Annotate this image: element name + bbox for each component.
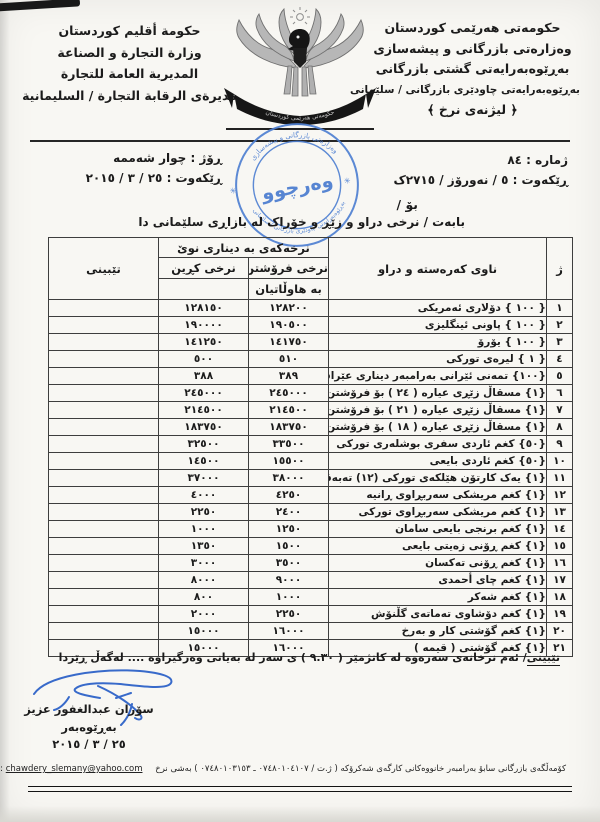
row-note xyxy=(49,504,159,521)
row-buy-price: ٣٧٠٠٠ xyxy=(159,470,249,487)
header-price-group: نرخەكەى بە دینارى نوێ xyxy=(159,238,329,258)
table-row: ١٦ {١} كغم ڕۆنى تەكسان ٣٥٠٠ ٣٠٠٠ xyxy=(49,555,573,572)
row-sell-price: ١٠٠٠ xyxy=(249,589,329,606)
row-sell-price: ٤٢٥٠ xyxy=(249,487,329,504)
header-line: ﴿ لیژنەى نرخ ﴾ xyxy=(365,100,580,121)
header-sell-price-sub: بە هاوڵاتیان xyxy=(249,279,329,300)
header-buy-price: نرخى كڕین xyxy=(159,258,249,279)
header-line: حكومەتى هەرێمى كوردستان xyxy=(365,18,580,39)
footnote: تێبینى/ ئەم نرخانەى سەرەوە لە كاتژمێر ( … xyxy=(35,651,560,664)
header-kurdish-block: حكومەتى هەرێمى كوردستان وەزارەتى بازرگان… xyxy=(365,18,580,121)
row-item-name: {١} كغم ڕۆنى زەیتى بايعى xyxy=(329,538,547,555)
to-label: بۆ / xyxy=(397,197,418,212)
row-serial: ١٣ xyxy=(547,504,573,521)
row-item-name: {١} یەک كارتۆن هێلكەى توركى (١٢) تەبەقى xyxy=(329,470,547,487)
row-note xyxy=(49,470,159,487)
table-row: ١١ {١} یەک كارتۆن هێلكەى توركى (١٢) تەبە… xyxy=(49,470,573,487)
header-line: حكومة أقليم كوردستان xyxy=(22,20,237,42)
row-serial: ٨ xyxy=(547,419,573,436)
table-row: ٢ { ١٠٠ } پاونى ئینگلیزى ١٩٠٥٠٠ ١٩٠٠٠٠ xyxy=(49,317,573,334)
doc-date-kurdish: ڕێکەوت : ٥ / نەورۆز / ٢٧١٥ک xyxy=(393,170,568,190)
row-sell-price: ٢٤٠٠ xyxy=(249,504,329,521)
row-serial: ١١ xyxy=(547,470,573,487)
row-note xyxy=(49,487,159,504)
scan-edge-bottom xyxy=(0,806,600,822)
footer-address: كۆمەڵگەى بازرگانى سابۆ بەرامبەر خانووەكا… xyxy=(155,764,566,774)
table-row: ١٠ {٥٠} كغم ئاردى بايعى ١٥٥٠٠ ١٤٥٠٠ xyxy=(49,453,573,470)
row-serial: ١٩ xyxy=(547,606,573,623)
row-buy-price: ٣٢٥٠٠ xyxy=(159,436,249,453)
signer-name: سۆران عبدالغفور عزیز xyxy=(14,701,164,719)
stamp-center-text: وەرچوو xyxy=(259,168,335,205)
row-serial: ٢٠ xyxy=(547,623,573,640)
document-page: حكومة أقليم كوردستان وزارة التجارة و الص… xyxy=(0,0,600,822)
price-table-header: ژ ناوى كەرەستە و دراو نرخەكەى بە دینارى … xyxy=(49,238,573,300)
table-row: ١ { ١٠٠ } دۆلارى ئەمریكى ١٢٨٢٠٠ ١٢٨١٥٠ xyxy=(49,300,573,317)
row-buy-price: ٥٠٠ xyxy=(159,351,249,368)
row-sell-price: ٢٤٥٠٠٠ xyxy=(249,385,329,402)
table-row: ٣ { ١٠٠ } یۆرۆ ١٤١٧٥٠ ١٤١٢٥٠ xyxy=(49,334,573,351)
row-item-name: {١} كغم ڕۆنى تەكسان xyxy=(329,555,547,572)
header-line: المديرية العامة للتجارة xyxy=(22,63,237,85)
row-note xyxy=(49,351,159,368)
row-sell-price: ٢١٤٥٠٠ xyxy=(249,402,329,419)
table-row: ١٨ {١} كغم شەكر ١٠٠٠ ٨٠٠ xyxy=(49,589,573,606)
doc-date-gregorian: ڕێکەوت : ٢٥ / ٣ / ٢٠١٥ xyxy=(52,168,222,188)
table-row: ٢٠ {١} كغم گۆشتى كار و بەرخ ١٦٠٠٠ ١٥٠٠٠ xyxy=(49,623,573,640)
row-buy-price: ٨٠٠٠ xyxy=(159,572,249,589)
row-serial: ١٤ xyxy=(547,521,573,538)
row-note xyxy=(49,317,159,334)
row-item-name: {١٠٠} تمەنى ئێرانى بەرامبەر دینارى عێراق… xyxy=(329,368,547,385)
row-serial: ١ xyxy=(547,300,573,317)
row-note xyxy=(49,402,159,419)
row-item-name: {١} كغم دۆشاوى تەماتەى گڵنۆش xyxy=(329,606,547,623)
email-label: Email: xyxy=(0,764,3,774)
row-serial: ٣ xyxy=(547,334,573,351)
row-buy-price: ٣٠٠٠ xyxy=(159,555,249,572)
table-row: ١٥ {١} كغم ڕۆنى زەیتى بايعى ١٥٠٠ ١٣٥٠ xyxy=(49,538,573,555)
row-buy-price: ١٠٠٠ xyxy=(159,521,249,538)
row-serial: ٧ xyxy=(547,402,573,419)
row-buy-price: ٢١٤٥٠٠ xyxy=(159,402,249,419)
row-buy-price: ١٤٥٠٠ xyxy=(159,453,249,470)
row-serial: ٤ xyxy=(547,351,573,368)
row-sell-price: ١٨٣٧٥٠ xyxy=(249,419,329,436)
row-item-name: {١} مسقاڵ زێڕى عیارە ( ٢١ ) بۆ فرۆشتن xyxy=(329,402,547,419)
row-sell-price: ١٥٠٠ xyxy=(249,538,329,555)
row-item-name: {١} مسقاڵ زێڕى عیارە ( ٢٤ ) بۆ فرۆشتن xyxy=(329,385,547,402)
price-table-body: ١ { ١٠٠ } دۆلارى ئەمریكى ١٢٨٢٠٠ ١٢٨١٥٠ ٢… xyxy=(49,300,573,657)
signature-block: سۆران عبدالغفور عزیز بەڕێوەبەر ٢٥ / ٣ / … xyxy=(14,701,164,754)
row-serial: ١٨ xyxy=(547,589,573,606)
doc-number: ژمارە : ٨٤ xyxy=(393,150,568,170)
row-note xyxy=(49,368,159,385)
row-buy-price: ١٩٠٠٠٠ xyxy=(159,317,249,334)
row-item-name: {١} كغم مریشكى سەربڕاوى توركى xyxy=(329,504,547,521)
table-row: ٨ {١} مسقاڵ زێڕى عیارە ( ١٨ ) بۆ فرۆشتن … xyxy=(49,419,573,436)
table-row: ١٩ {١} كغم دۆشاوى تەماتەى گڵنۆش ٢٢٥٠ ٢٠٠… xyxy=(49,606,573,623)
row-sell-price: ٣٨٩ xyxy=(249,368,329,385)
row-item-name: { ١٠٠ } دۆلارى ئەمریكى xyxy=(329,300,547,317)
row-note xyxy=(49,436,159,453)
row-item-name: {٥٠} كغم ئاردى سفرى بوشلەرى توركى xyxy=(329,436,547,453)
table-row: ٦ {١} مسقاڵ زێڕى عیارە ( ٢٤ ) بۆ فرۆشتن … xyxy=(49,385,573,402)
doc-day: ڕۆژ : چوار شەممە xyxy=(52,148,222,168)
row-note xyxy=(49,453,159,470)
row-sell-price: ١٩٠٥٠٠ xyxy=(249,317,329,334)
row-sell-price: ٣٣٥٠٠ xyxy=(249,436,329,453)
row-sell-price: ٢٢٥٠ xyxy=(249,606,329,623)
row-buy-price: ١٢٨١٥٠ xyxy=(159,300,249,317)
row-buy-price: ٣٨٨ xyxy=(159,368,249,385)
table-row: ٤ { ١ } لیرەى توركى ٥١٠ ٥٠٠ xyxy=(49,351,573,368)
row-serial: ٩ xyxy=(547,436,573,453)
row-serial: ١٧ xyxy=(547,572,573,589)
row-note xyxy=(49,538,159,555)
table-row: ١٧ {١} كغم چاى أحمدى ٩٠٠٠ ٨٠٠٠ xyxy=(49,572,573,589)
row-note xyxy=(49,555,159,572)
table-row: ١٣ {١} كغم مریشكى سەربڕاوى توركى ٢٤٠٠ ٢٢… xyxy=(49,504,573,521)
row-note xyxy=(49,300,159,317)
eagle-tail xyxy=(284,66,316,96)
footnote-label: تێبینى xyxy=(527,651,560,666)
row-item-name: {٥٠} كغم ئاردى بايعى xyxy=(329,453,547,470)
row-sell-price: ١٢٨٢٠٠ xyxy=(249,300,329,317)
header-buy-price-empty xyxy=(159,279,249,300)
header-line: وزارة التجارة و الصناعة xyxy=(22,42,237,64)
row-item-name: {١} مسقاڵ زێڕى عیارە ( ١٨ ) بۆ فرۆشتن xyxy=(329,419,547,436)
row-sell-price: ١٥٥٠٠ xyxy=(249,453,329,470)
row-item-name: {١} كغم مریشكى سەربڕاوى ڕانیە xyxy=(329,487,547,504)
meta-right-block: ژمارە : ٨٤ ڕێکەوت : ٥ / نەورۆز / ٢٧١٥ک xyxy=(393,150,568,190)
header-serial: ژ xyxy=(547,238,573,300)
row-note xyxy=(49,623,159,640)
row-sell-price: ١٢٥٠ xyxy=(249,521,329,538)
header-arabic-block: حكومة أقليم كوردستان وزارة التجارة و الص… xyxy=(22,20,237,106)
table-row: ٧ {١} مسقاڵ زێڕى عیارە ( ٢١ ) بۆ فرۆشتن … xyxy=(49,402,573,419)
stamp-star-icon: ✳ xyxy=(343,175,351,186)
footnote-text: / ئەم نرخانەى سەرەوە لە كاتژمێر ( ٩.٣٠ )… xyxy=(59,651,527,664)
row-item-name: { ١ } لیرەى توركى xyxy=(329,351,547,368)
row-serial: ١٠ xyxy=(547,453,573,470)
row-item-name: {١} كغم برنجى بايعى سامان xyxy=(329,521,547,538)
meta-left-block: ڕۆژ : چوار شەممە ڕێکەوت : ٢٥ / ٣ / ٢٠١٥ xyxy=(52,148,222,188)
row-serial: ٢ xyxy=(547,317,573,334)
row-buy-price: ١٤١٢٥٠ xyxy=(159,334,249,351)
header-line: بەڕێوەبەرایەتى گشتى بازرگانى xyxy=(365,59,580,80)
table-row: ١٤ {١} كغم برنجى بايعى سامان ١٢٥٠ ١٠٠٠ xyxy=(49,521,573,538)
header-line: وەزارەتى بازرگانى و پیشەسازى xyxy=(365,39,580,60)
price-table: ژ ناوى كەرەستە و دراو نرخەكەى بە دینارى … xyxy=(48,237,573,657)
row-buy-price: ١٣٥٠ xyxy=(159,538,249,555)
row-sell-price: ٣٨٠٠٠ xyxy=(249,470,329,487)
row-buy-price: ٢٤٥٠٠٠ xyxy=(159,385,249,402)
email-address: chawdery_slemany@yahoo.com xyxy=(6,764,143,774)
row-note xyxy=(49,385,159,402)
row-item-name: {١} كغم چاى أحمدى xyxy=(329,572,547,589)
row-buy-price: ٤٠٠٠ xyxy=(159,487,249,504)
row-buy-price: ٢٠٠٠ xyxy=(159,606,249,623)
subject-line: بابەت / نرخى دراو و زێڕ و خۆراک لە بازاڕ… xyxy=(145,215,465,229)
row-sell-price: ١٦٠٠٠ xyxy=(249,623,329,640)
row-item-name: {١} كغم شەكر xyxy=(329,589,547,606)
table-row: ٥ {١٠٠} تمەنى ئێرانى بەرامبەر دینارى عێر… xyxy=(49,368,573,385)
row-note xyxy=(49,521,159,538)
row-buy-price: ٨٠٠ xyxy=(159,589,249,606)
row-note xyxy=(49,589,159,606)
row-serial: ٦ xyxy=(547,385,573,402)
row-sell-price: ٣٥٠٠ xyxy=(249,555,329,572)
footer-email: Email: chawdery_slemany@yahoo.com xyxy=(0,764,143,774)
row-sell-price: ١٤١٧٥٠ xyxy=(249,334,329,351)
row-serial: ١٢ xyxy=(547,487,573,504)
row-note xyxy=(49,572,159,589)
row-buy-price: ١٨٣٧٥٠ xyxy=(159,419,249,436)
row-item-name: {١} كغم گۆشتى كار و بەرخ xyxy=(329,623,547,640)
sun-icon xyxy=(290,7,310,24)
row-serial: ١٦ xyxy=(547,555,573,572)
footer-divider xyxy=(28,786,572,792)
stamp-star-icon: ✳ xyxy=(229,185,237,196)
row-buy-price: ٢٢٥٠ xyxy=(159,504,249,521)
header-sell-price: نرخى فرۆشتن xyxy=(249,258,329,279)
table-row: ١٢ {١} كغم مریشكى سەربڕاوى ڕانیە ٤٢٥٠ ٤٠… xyxy=(49,487,573,504)
row-note xyxy=(49,334,159,351)
signer-title: بەڕێوەبەر xyxy=(14,719,164,737)
row-sell-price: ٥١٠ xyxy=(249,351,329,368)
scan-edge-shadow xyxy=(0,0,10,822)
row-item-name: { ١٠٠ } پاونى ئینگلیزى xyxy=(329,317,547,334)
header-notes: تێبینى xyxy=(49,238,159,300)
row-item-name: { ١٠٠ } یۆرۆ xyxy=(329,334,547,351)
table-row: ٩ {٥٠} كغم ئاردى سفرى بوشلەرى توركى ٣٣٥٠… xyxy=(49,436,573,453)
header-line: مديرةى الرقابة التجارة / السليمانية xyxy=(22,85,237,107)
row-serial: ١٥ xyxy=(547,538,573,555)
signature-date: ٢٥ / ٣ / ٢٠١٥ xyxy=(14,736,164,754)
row-sell-price: ٩٠٠٠ xyxy=(249,572,329,589)
scan-artifact xyxy=(0,0,80,12)
header-item-name: ناوى كەرەستە و دراو xyxy=(329,238,547,300)
row-serial: ٥ xyxy=(547,368,573,385)
footer-line: كۆمەڵگەى بازرگانى سابۆ بەرامبەر خانووەكا… xyxy=(30,764,570,774)
header-line: بەڕێوەبەرایەتى چاودێرى بازرگانى / سلێمان… xyxy=(365,80,580,101)
row-buy-price: ١٥٠٠٠ xyxy=(159,623,249,640)
row-note xyxy=(49,606,159,623)
row-note xyxy=(49,419,159,436)
